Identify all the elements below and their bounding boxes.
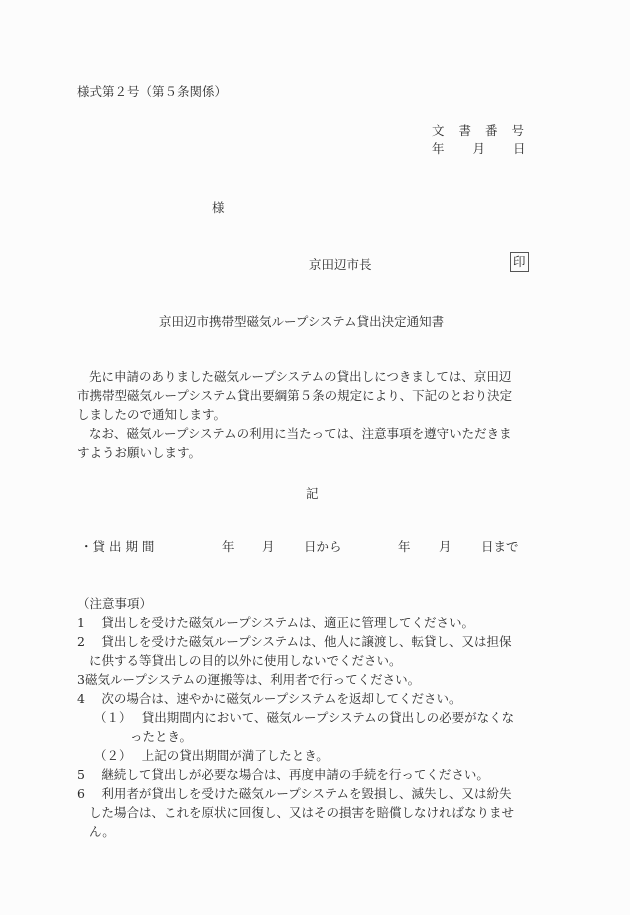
loan-period-label: ・貸 出 期 間 [80, 537, 154, 555]
note-item-2-cont: に供する等貸出しの目的以外に使用しないでください。 [89, 651, 402, 669]
form-number: 様式第２号（第５条関係） [77, 82, 227, 100]
body-para2-line1: なお、磁気ループシステムの利用に当たっては、注意事項を遵守いただきま [89, 424, 512, 443]
date-month-label: 月 [473, 141, 486, 156]
note-item-2: 2 貸出しを受けた磁気ループシステムは、他人に譲渡し、転貸し、又は担保 [77, 632, 512, 650]
loan-from-day: 日から [304, 537, 342, 555]
doc-number-char: 番 [485, 123, 498, 138]
body-para1-line2: 市携帯型磁気ループシステム貸出要綱第５条の規定により、下記のとおり決定 [77, 386, 512, 405]
document-title: 京田辺市携帯型磁気ループシステム貸出決定通知書 [159, 312, 444, 330]
loan-to-year: 年 [398, 537, 411, 555]
doc-number-char: 号 [512, 123, 525, 138]
note-item-6-cont2: ん。 [89, 822, 115, 840]
loan-to-month: 月 [439, 537, 452, 555]
date-year-label: 年 [432, 141, 445, 156]
note-item-4-1-cont: ったとき。 [130, 727, 192, 745]
doc-number-char: 文 [432, 123, 445, 138]
loan-from-year: 年 [222, 537, 235, 555]
ki-heading: 記 [306, 484, 319, 502]
document-number-label: 文書番号 [432, 121, 524, 139]
body-para1-line1: 先に申請のありました磁気ループシステムの貸出しにつきましては、京田辺 [89, 367, 511, 386]
note-item-4-2: （２） 上記の貸出期間が満了したとき。 [94, 746, 329, 764]
date-day-label: 日 [513, 141, 526, 156]
note-item-3: 3磁気ループシステムの運搬等は、利用者で行ってください。 [77, 670, 420, 688]
loan-to-day: 日まで [481, 537, 519, 555]
doc-number-char: 書 [459, 123, 472, 138]
body-para1-line3: しましたので通知します。 [77, 405, 226, 424]
note-item-6-cont1: した場合は、これを原状に回復し、又はその損害を賠償しなければなりませ [89, 803, 514, 821]
note-item-5: 5 継続して貸出しが必要な場合は、再度申請の手続を行ってください。 [77, 765, 489, 783]
issuer-name: 京田辺市長 [309, 255, 372, 273]
document-date-label: 年月日 [432, 139, 526, 157]
addressee-suffix: 様 [212, 198, 225, 216]
note-item-1: 1 貸出しを受けた磁気ループシステムは、適正に管理してください。 [77, 613, 474, 631]
note-item-6: 6 利用者が貸出しを受けた磁気ループシステムを毀損し、滅失し、又は紛失 [77, 784, 512, 802]
note-item-4: 4 次の場合は、速やかに磁気ループシステムを返却してください。 [77, 689, 462, 707]
loan-from-month: 月 [262, 537, 275, 555]
seal-icon: 印 [510, 252, 529, 272]
notes-heading: （注意事項） [77, 594, 152, 612]
body-para2-line2: すようお願いします。 [77, 443, 201, 462]
note-item-4-1: （１） 貸出期間内において、磁気ループシステムの貸出しの必要がなくな [94, 708, 514, 726]
seal-box: 印 [510, 252, 529, 272]
